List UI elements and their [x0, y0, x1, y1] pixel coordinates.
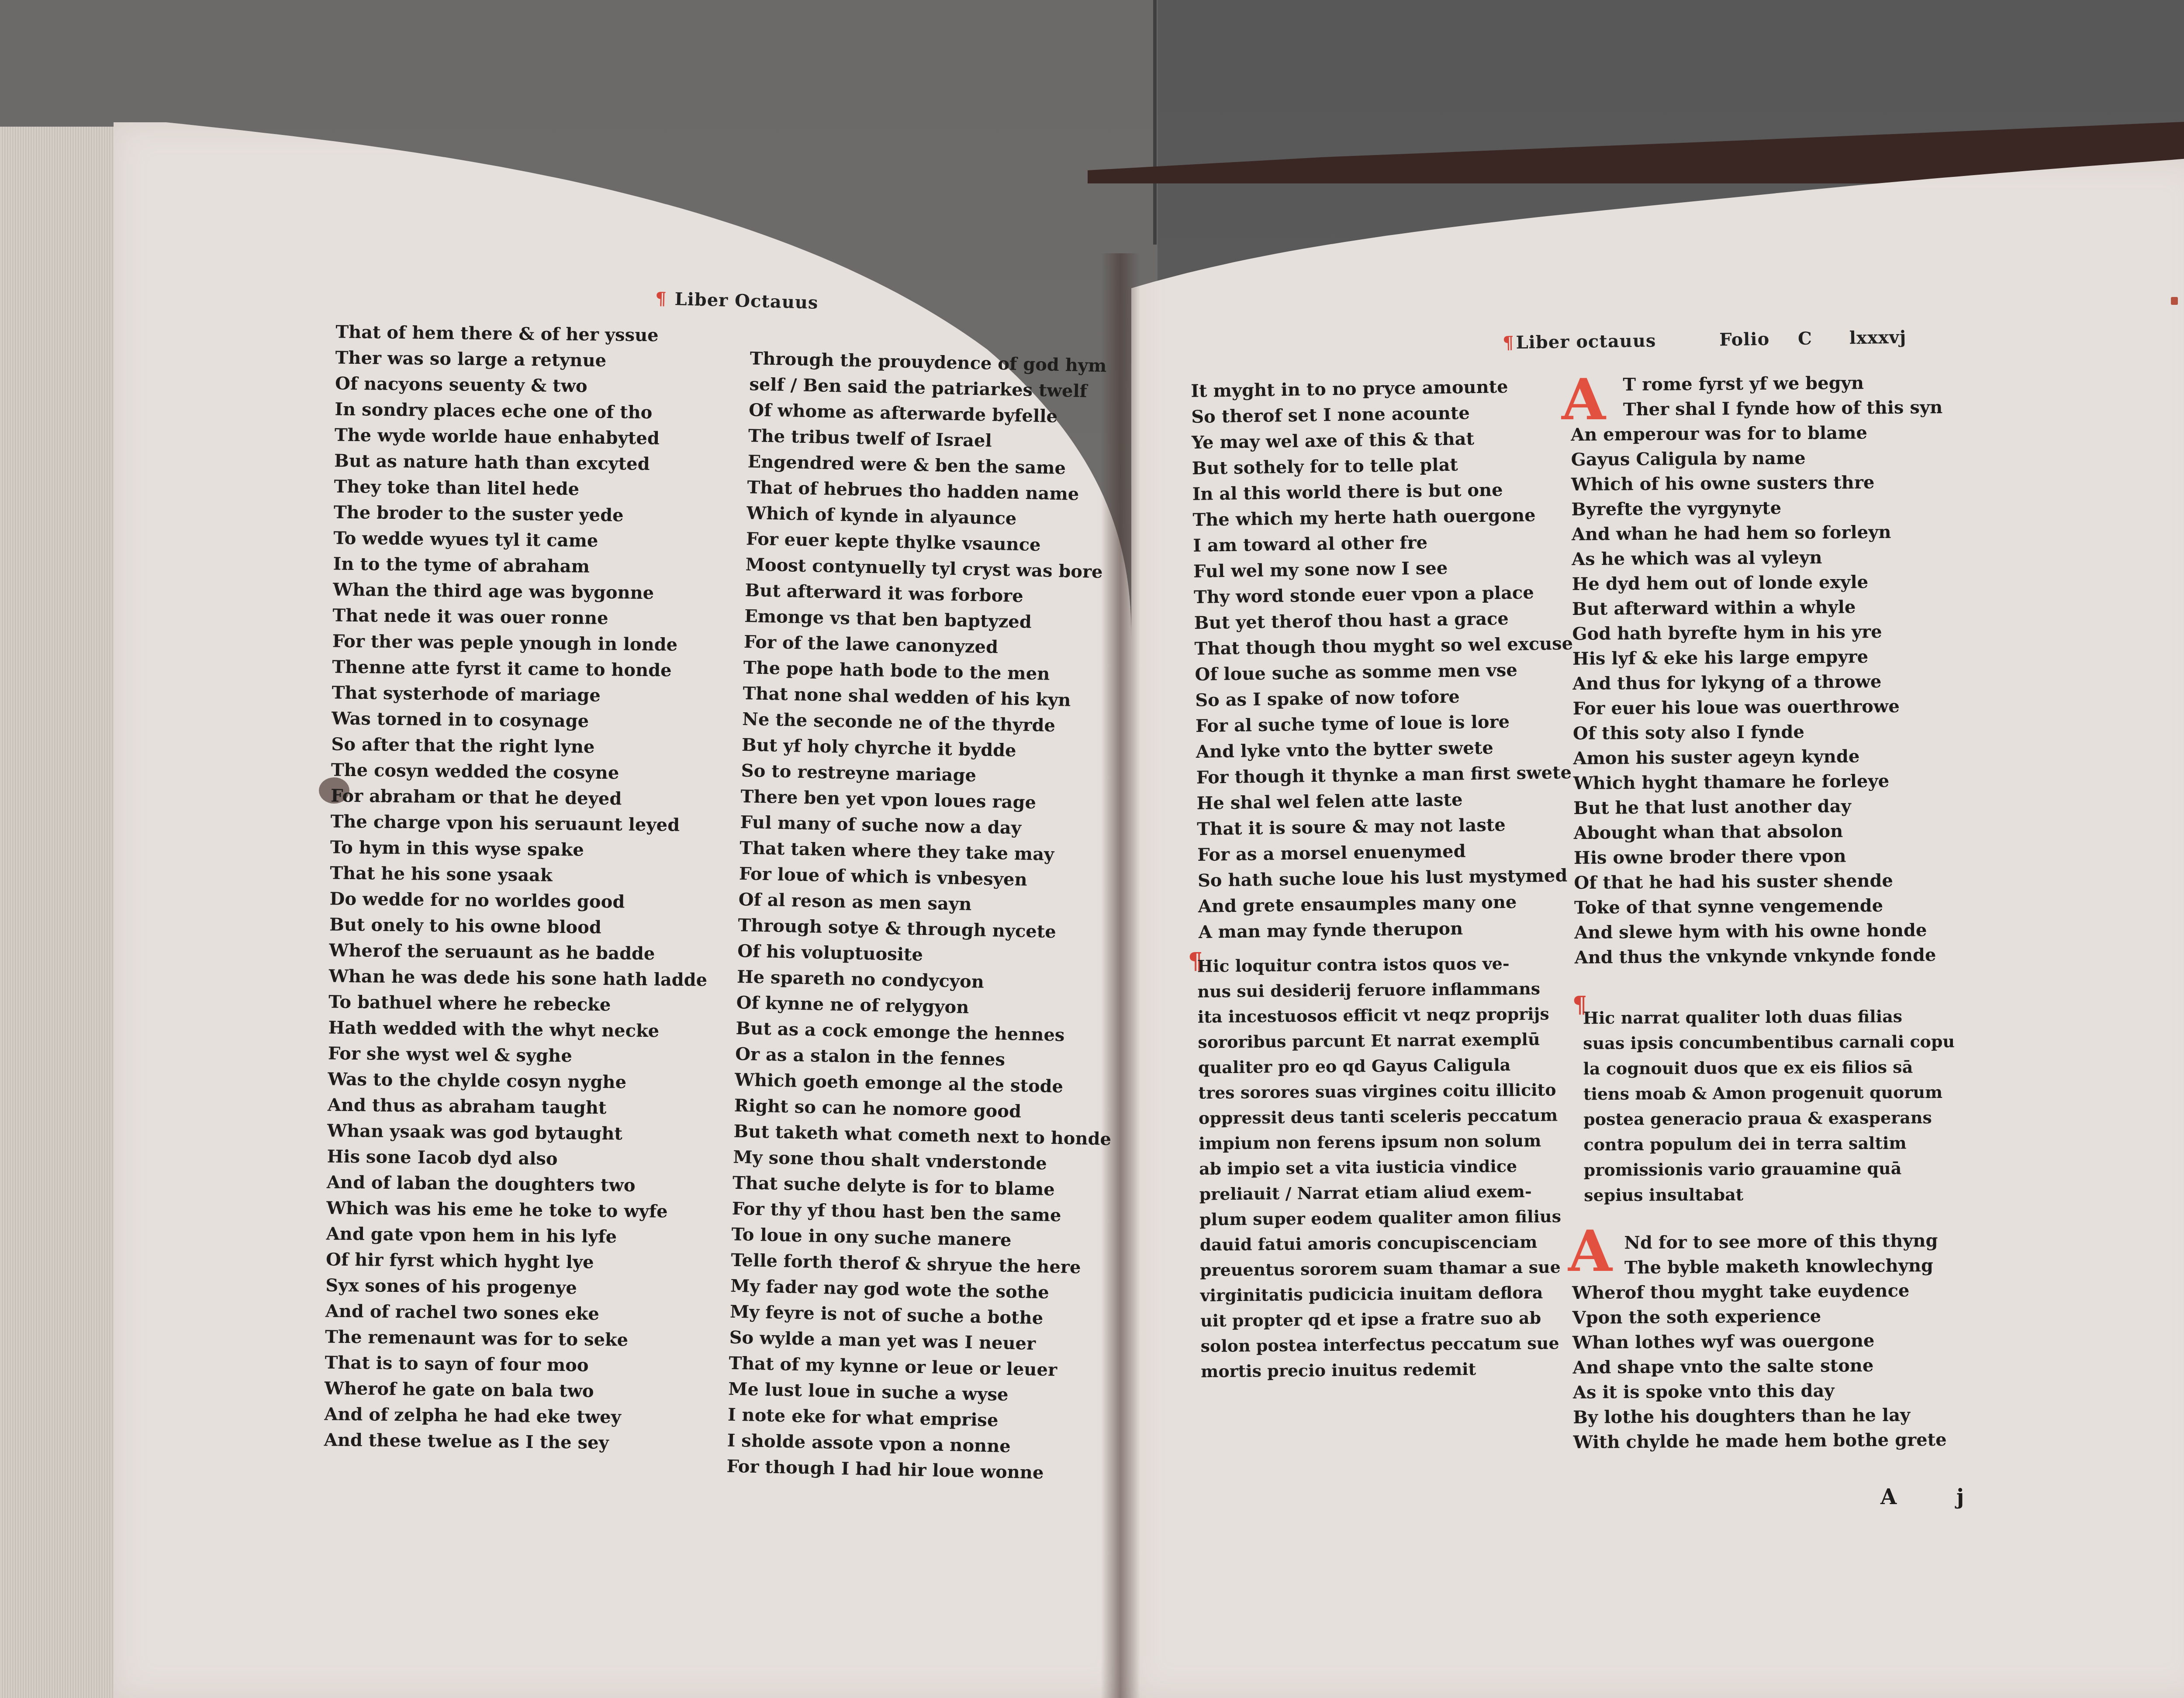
gloss-line: preliauit / Narrat etiam aliud exem-	[1199, 1178, 1561, 1207]
verse-line: The wyde worlde haue enhabyted	[335, 422, 713, 452]
verse-line: And these twelue as I the sey	[324, 1427, 702, 1456]
verse-line: Of that he had his suster shende	[1574, 868, 1946, 895]
gloss-line: nus sui desiderij feruore inflammans	[1197, 976, 1559, 1004]
gloss-line: plum super eodem qualiter amon filius	[1199, 1204, 1562, 1232]
verse-line: That is to sayn of four moo	[325, 1349, 703, 1379]
verse-line: To hym in this wyse spake	[330, 834, 709, 864]
verse-line: Whan the third age was bygonne	[333, 577, 712, 607]
verse-line: Do wedde for no worldes good	[329, 886, 708, 915]
verse-line: And shape vnto the salte stone	[1572, 1353, 1946, 1380]
gloss-line: ita incestuosos efficit vt neqz proprijs	[1198, 1001, 1560, 1029]
verse-line: The which my herte hath ouergone	[1192, 502, 1571, 533]
verse-line: Hath wedded with the whyt necke	[328, 1015, 707, 1044]
gloss-line: impium non ferens ipsum non solum	[1199, 1128, 1561, 1156]
verse-line: To bathuel where he rebecke	[328, 989, 707, 1018]
verse-line: Was to the chylde cosyn nyghe	[328, 1066, 706, 1096]
pilcrow-icon: ¶	[655, 288, 667, 309]
verse-line: An emperour was for to blame	[1571, 420, 1943, 447]
gloss-line: qualiter pro eo qd Gayus Caligula	[1198, 1052, 1560, 1080]
verse-line: Abought whan that absolon	[1573, 818, 1946, 846]
verse-line: So after that the right lyne	[331, 731, 710, 761]
verse-line: And of rachel two sones eke	[325, 1298, 704, 1328]
verse-line: The cosyn wedded the cosyne	[331, 757, 709, 787]
verse-line: His owne broder there vpon	[1574, 843, 1946, 870]
verse-line: Amon his suster ageyn kynde	[1573, 743, 1945, 771]
gloss-line: dauid fatui amoris concupiscenciam	[1199, 1229, 1562, 1257]
verse-line: For though it thynke a man first swete	[1196, 759, 1575, 790]
verse-line: Wherof he gate on bala two	[325, 1375, 703, 1405]
verse-line: Ther was so large a retynue	[335, 345, 714, 375]
verse-line: Whan he was dede his sone hath ladde	[329, 963, 708, 993]
verse-line: That systerhode of mariage	[332, 680, 710, 709]
gloss-line: solon postea interfectus peccatum sue	[1200, 1330, 1562, 1359]
gloss-line: postea generacio praua & exasperans	[1583, 1105, 1955, 1132]
page-block-left-edges	[0, 127, 131, 1698]
verse-line: But he that lust another day	[1573, 793, 1946, 821]
verse-line: He dyd hem out of londe exyle	[1572, 569, 1944, 597]
verse-line: And whan he had hem so forleyn	[1572, 519, 1944, 547]
verse-line: Which was his eme he toke to wyfe	[326, 1195, 705, 1225]
gloss-line: Hic loquitur contra istos quos ve-	[1197, 950, 1559, 979]
verse-line: The byble maketh knowlechyng	[1572, 1253, 1946, 1280]
verse-line: By lothe his doughters than he lay	[1573, 1402, 1946, 1430]
verse-line: His lyf & eke his large empyre	[1572, 644, 1945, 671]
gloss-line: tres sorores suas virgines coitu illicit…	[1198, 1077, 1560, 1105]
verse-line: For euer his loue was ouerthrowe	[1572, 694, 1945, 721]
gloss-line: oppressit deus tanti sceleris peccatum	[1199, 1102, 1561, 1131]
verse-line: With chylde he made hem bothe grete	[1573, 1427, 1946, 1455]
verse-line: To wedde wyues tyl it came	[333, 525, 712, 555]
gloss-line: suas ipsis concumbentibus carnali copu	[1583, 1029, 1955, 1056]
verse-line: God hath byrefte hym in his yre	[1572, 619, 1944, 646]
verse-line: T rome fyrst yf we begyn	[1570, 370, 1942, 397]
backdrop-seam	[1153, 0, 1157, 245]
verse-line: Ther shal I fynde how of this syn	[1571, 395, 1943, 422]
latin-gloss-2: Hic narrat qualiter loth duas filias sua…	[1583, 1004, 1956, 1208]
folio-letter: C	[1798, 328, 1812, 349]
verse-line: And of zelpha he had eke twey	[324, 1401, 703, 1431]
verse-line: Nd for to see more of this thyng	[1572, 1228, 1945, 1256]
verse-line: As it is spoke vnto this day	[1573, 1377, 1946, 1405]
red-mark	[2171, 297, 2178, 305]
right-column-2-verse-b: Nd for to see more of this thyng The byb…	[1572, 1228, 1947, 1455]
verse-line: The remenaunt was for to seke	[325, 1324, 704, 1353]
verse-line: Thenne atte fyrst it came to honde	[332, 654, 711, 683]
signature-mark: A j	[1880, 1485, 1990, 1509]
gloss-line: contra populum dei in terra saltim	[1583, 1130, 1955, 1157]
folio-label: Folio	[1719, 329, 1770, 350]
left-column-2: Through the prouydence of god hym self /…	[726, 345, 1128, 1487]
verse-line: Byrefte the vyrgynyte	[1571, 494, 1943, 522]
verse-line: Whan ysaak was god bytaught	[327, 1118, 706, 1147]
gloss-line: promissionis vario grauamine quā	[1584, 1156, 1956, 1183]
running-head-title: Liber octauus	[1516, 331, 1656, 353]
left-column-1: That of hem there & of her yssue Ther wa…	[324, 319, 714, 1457]
verse-line: So hath suche loue his lust mystymed	[1198, 863, 1576, 894]
verse-line: And thus the vnkynde vnkynde fonde	[1574, 942, 1946, 970]
verse-line: Of loue suche as somme men vse	[1195, 656, 1573, 687]
gloss-line: sepius insultabat	[1584, 1181, 1956, 1208]
verse-line: Syx sones of his progenye	[325, 1272, 704, 1302]
verse-line: Thy word stonde euer vpon a place	[1194, 579, 1572, 610]
gloss-line: sororibus parcunt Et narrat exemplū	[1198, 1026, 1560, 1055]
right-column-1-verse: It myght in to no pryce amounte So thero…	[1191, 373, 1577, 945]
verse-line: That of hem there & of her yssue	[335, 319, 714, 349]
verse-line: Toke of that synne vengemende	[1574, 893, 1946, 920]
verse-line: Which hyght thamare he forleye	[1573, 768, 1946, 796]
verse-line: And of laban the doughters two	[327, 1169, 705, 1199]
verse-line: Of this soty also I fynde	[1573, 718, 1945, 746]
verse-line: His sone Iacob dyd also	[327, 1143, 705, 1173]
verse-line: In sondry places eche one of tho	[335, 397, 713, 426]
verse-line: For ther was peple ynough in londe	[332, 628, 711, 658]
verse-line: A man may fynde therupon	[1198, 914, 1577, 945]
verse-line: Of hir fyrst which hyght lye	[326, 1246, 705, 1276]
verse-line: Vpon the soth experience	[1572, 1303, 1946, 1330]
verse-line: But as nature hath than excyted	[334, 448, 713, 478]
verse-line: In to the tyme of abraham	[333, 551, 712, 581]
verse-line: That he his sone ysaak	[330, 860, 708, 890]
right-column-2-verse: T rome fyrst yf we begyn Ther shal I fyn…	[1570, 370, 1946, 970]
verse-line: But afterward within a whyle	[1572, 594, 1944, 621]
gloss-line: ab impio set a vita iusticia vindice	[1199, 1153, 1561, 1181]
folio-number: lxxxvj	[1849, 327, 1907, 349]
running-head-title: Liber Octauus	[674, 289, 819, 313]
gloss-line: tiens moab & Amon progenuit quorum	[1583, 1080, 1955, 1107]
gloss-line: Hic narrat qualiter loth duas filias	[1583, 1004, 1955, 1031]
verse-line: Wherof the seruaunt as he badde	[329, 937, 708, 967]
verse-line: Whan lothes wyf was ouergone	[1572, 1328, 1946, 1355]
left-running-head: ¶Liber Octauus	[655, 288, 819, 313]
verse-line: The broder to the suster yede	[334, 500, 712, 529]
verse-line: Which of his owne susters thre	[1571, 469, 1943, 497]
verse-line: And gate vpon hem in his lyfe	[326, 1221, 705, 1250]
verse-line: But onely to his owne blood	[329, 911, 708, 941]
verse-line: For abraham or that he deyed	[331, 783, 709, 812]
latin-gloss-1: Hic loquitur contra istos quos ve- nus s…	[1197, 950, 1563, 1384]
verse-line: They toke than litel hede	[334, 474, 712, 504]
verse-line: For she wyst wel & syghe	[328, 1040, 707, 1070]
verse-line: As he which was al vyleyn	[1572, 544, 1944, 572]
pilcrow-icon: ¶	[1503, 332, 1514, 353]
verse-line: The charge vpon his seruaunt leyed	[330, 808, 709, 838]
verse-line: Wherof thou myght take euydence	[1572, 1278, 1946, 1305]
gloss-line: preuentus sororem suam thamar a sue	[1200, 1254, 1562, 1283]
verse-line: And thus as abraham taught	[327, 1092, 706, 1122]
verse-line: Of nacyons seuenty & two	[335, 371, 714, 400]
verse-line: And thus for lykyng of a throwe	[1572, 669, 1945, 696]
verse-line: And slewe hym with his owne honde	[1574, 918, 1946, 945]
gloss-line: la cognouit duos que ex eis filios sā	[1583, 1054, 1955, 1081]
verse-line: Gayus Caligula by name	[1571, 445, 1943, 472]
gloss-line: mortis precio inuitus redemit	[1201, 1356, 1563, 1384]
verse-line: Was torned in to cosynage	[332, 705, 710, 735]
verse-line: That nede it was ouer ronne	[332, 602, 711, 632]
gloss-line: uit propter qd et ipse a fratre suo ab	[1200, 1305, 1562, 1333]
gloss-line: virginitatis pudicicia inuitam deflora	[1200, 1280, 1562, 1308]
